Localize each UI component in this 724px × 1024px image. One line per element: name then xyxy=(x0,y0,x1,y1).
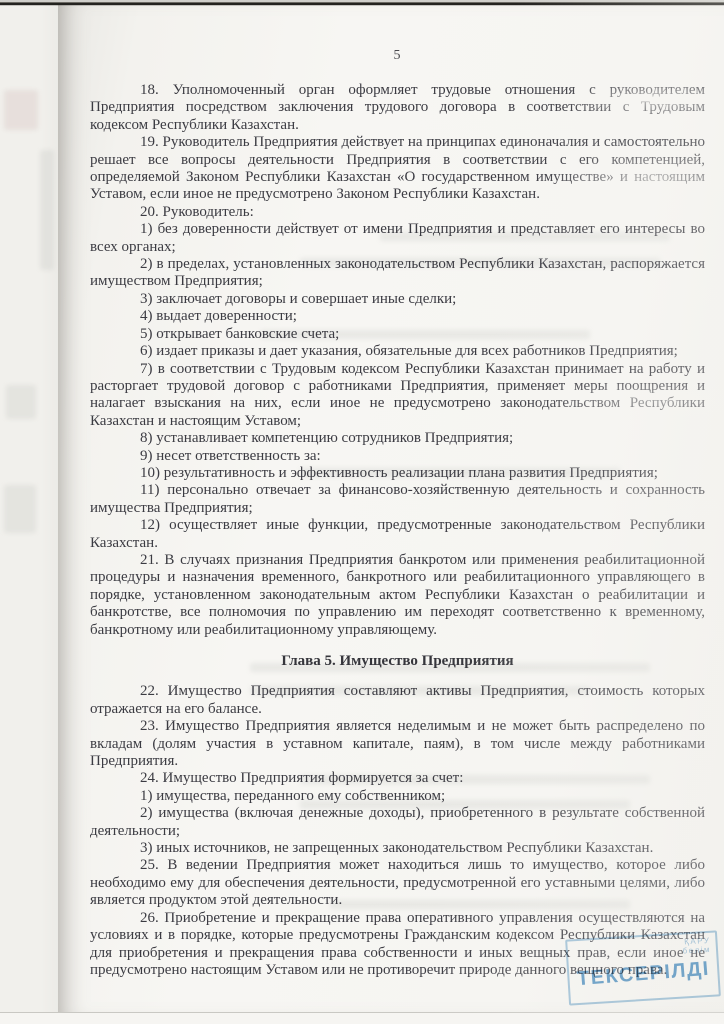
scanner-top-edge xyxy=(0,0,724,7)
stamp-main-text: ТЕКСЕРІЛДІ xyxy=(574,957,713,992)
list-item-20-1: 1) без доверенности действует от имени П… xyxy=(90,221,705,256)
scanner-bottom-edge xyxy=(0,1012,724,1024)
list-item-20-8: 8) устанавливает компетенцию сотрудников… xyxy=(90,430,705,447)
paragraph-19: 19. Руководитель Предприятия действует н… xyxy=(90,134,705,204)
document-body: 18. Уполномоченный орган оформляет трудо… xyxy=(90,82,705,979)
paragraph-18: 18. Уполномоченный орган оформляет трудо… xyxy=(90,82,705,134)
page-left-margin-strip xyxy=(0,5,58,1024)
paragraph-22: 22. Имущество Предприятия составляют акт… xyxy=(90,683,705,718)
paragraph-20: 20. Руководитель: xyxy=(90,204,705,221)
list-item-24-2: 2) имущества (включая денежные доходы), … xyxy=(90,805,705,840)
paragraph-25: 25. В ведении Предприятия может находить… xyxy=(90,857,705,909)
list-item-20-11: 11) персонально отвечает за финансово-хо… xyxy=(90,482,705,517)
list-item-20-7: 7) в соответствии с Трудовым кодексом Ре… xyxy=(90,361,705,431)
paragraph-24: 24. Имущество Предприятия формируется за… xyxy=(90,770,705,787)
list-item-20-5: 5) открывает банковские счета; xyxy=(90,326,705,343)
list-item-20-2: 2) в пределах, установленных законодател… xyxy=(90,256,705,291)
scanned-document: 5 18. Уполномоченный орган оформляет тру… xyxy=(0,0,724,1024)
paragraph-23: 23. Имущество Предприятия является недел… xyxy=(90,718,705,770)
list-item-20-9: 9) несет ответственность за: xyxy=(90,448,705,465)
list-item-24-3: 3) иных источников, не запрещенных закон… xyxy=(90,840,705,857)
list-item-20-3: 3) заключает договоры и совершает иные с… xyxy=(90,291,705,308)
verification-stamp: ҚАРУ бөлім ТЕКСЕРІЛДІ xyxy=(565,930,721,1005)
list-item-24-1: 1) имущества, переданного ему собственни… xyxy=(90,788,705,805)
list-item-20-6: 6) издает приказы и дает указания, обяза… xyxy=(90,343,705,360)
paragraph-21: 21. В случаях признания Предприятия банк… xyxy=(90,552,705,639)
list-item-20-4: 4) выдает доверенности; xyxy=(90,308,705,325)
list-item-20-12: 12) осуществляет иные функции, предусмот… xyxy=(90,517,705,552)
list-item-20-10: 10) результативность и эффективность реа… xyxy=(90,465,705,482)
page-number: 5 xyxy=(90,48,705,64)
chapter-5-heading: Глава 5. Имущество Предприятия xyxy=(90,653,705,670)
